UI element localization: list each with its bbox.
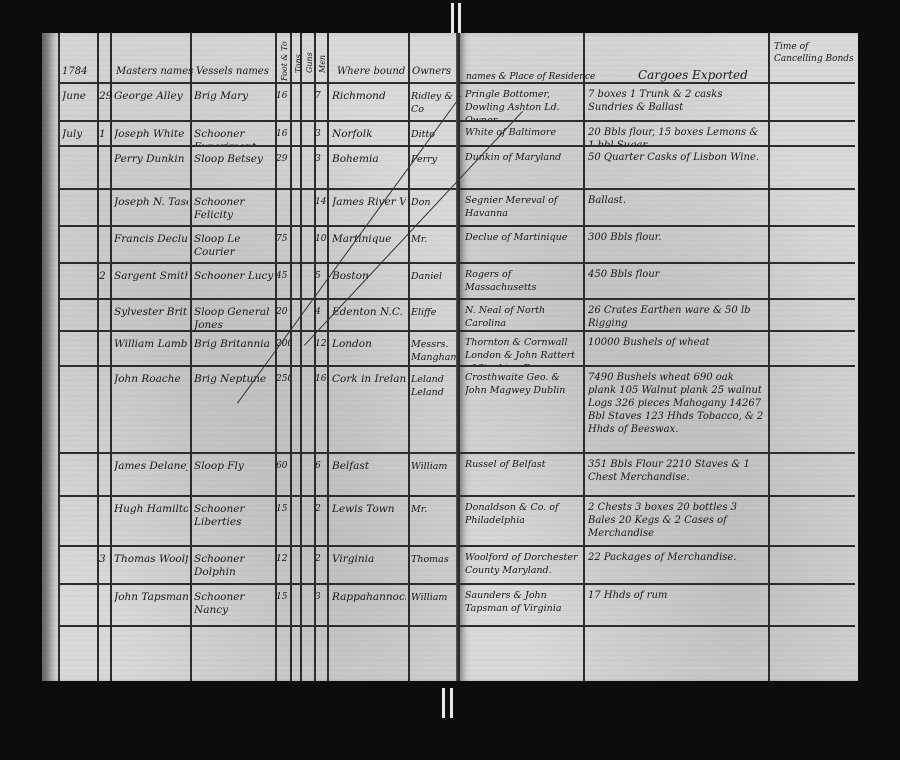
row-divider <box>460 330 855 332</box>
row-divider <box>58 225 460 227</box>
cell-master-name: Sargent Smith <box>114 270 188 283</box>
cell-owners: Eliffe <box>411 306 457 330</box>
cell-cargo: 17 Hhds of rum <box>588 589 764 625</box>
cell-owners: Mr. <box>411 503 457 545</box>
cell-vessel-name: Sloop General Jones <box>194 306 274 330</box>
cell-master-name: Thomas Woolford <box>114 553 188 566</box>
cell-day: 2 <box>99 270 106 283</box>
cell-men: 3 <box>315 153 327 166</box>
cell-master-name: James Delaney <box>114 460 188 473</box>
header-foot-tons: Foot & Tons <box>278 41 291 81</box>
cell-tons: 16 <box>276 90 290 103</box>
cell-residence: Russel of Belfast <box>465 458 581 495</box>
cell-cargo: 7490 Bushels wheat 690 oak plank 105 Wal… <box>588 371 764 452</box>
row-divider <box>58 495 460 497</box>
cell-day: 3 <box>99 553 106 566</box>
cell-day: 29 <box>99 90 112 103</box>
cell-owners: Thomas <box>411 553 457 583</box>
cell-owners: Don <box>411 196 457 225</box>
cell-cargo: 26 Crates Earthen ware & 50 lb Rigging <box>588 304 764 330</box>
cell-day: 1 <box>99 128 106 141</box>
cell-vessel-name: Brig Mary <box>194 90 274 120</box>
cell-where-bound: Richmond <box>332 90 406 103</box>
cell-owners: William <box>411 460 457 495</box>
row-divider <box>58 545 460 547</box>
film-marker-bottom <box>442 688 445 718</box>
cell-where-bound: London <box>332 338 406 351</box>
film-marker-bottom <box>450 688 453 718</box>
cell-men: 2 <box>315 553 327 566</box>
cell-men: 6 <box>315 460 327 473</box>
row-divider <box>460 262 855 264</box>
cell-month: June <box>62 90 86 103</box>
cell-tons: 12 <box>276 553 290 566</box>
cell-vessel-name: Schooner Dolphin <box>194 553 274 583</box>
cell-tons: 15 <box>276 503 290 516</box>
cell-owners: Daniel <box>411 270 457 298</box>
header-bonds: Time of Cancelling Bonds <box>774 41 854 65</box>
cell-vessel-name: Schooner Lucy <box>194 270 274 298</box>
cell-cargo: 10000 Bushels of wheat <box>588 336 764 365</box>
film-marker-top <box>458 3 461 33</box>
cell-residence: Donaldson & Co. of Philadelphia <box>465 501 581 545</box>
cell-men: 3 <box>315 128 327 141</box>
cell-owners: Messrs. Mangham <box>411 338 457 365</box>
row-divider <box>58 330 460 332</box>
cell-residence: White of Baltimore <box>465 126 581 145</box>
cell-owners: Perry <box>411 153 457 188</box>
cell-vessel-name: Brig Britannia <box>194 338 274 365</box>
cell-residence: Dunkin of Maryland <box>465 151 581 188</box>
cell-tons: 15 <box>276 591 290 604</box>
cell-cargo: 50 Quarter Casks of Lisbon Wine. <box>588 151 764 188</box>
cell-vessel-name: Sloop Fly <box>194 460 274 495</box>
cell-vessel-name: Brig Neptune <box>194 373 274 452</box>
cell-men: 10 <box>315 233 327 246</box>
row-divider <box>460 452 855 454</box>
row-divider <box>58 262 460 264</box>
cell-month: July <box>62 128 82 141</box>
cell-where-bound: Belfast <box>332 460 406 473</box>
cell-master-name: William Lambert <box>114 338 188 351</box>
right-page: names & Place of Residence Cargoes Expor… <box>460 33 858 681</box>
row-divider <box>460 583 855 585</box>
cell-cargo: 351 Bbls Flour 2210 Staves & 1 Chest Mer… <box>588 458 764 495</box>
cell-cargo: Ballast. <box>588 194 764 225</box>
header-where-bound: Where bound <box>337 65 405 78</box>
row-divider <box>460 188 855 190</box>
row-divider <box>58 298 460 300</box>
cell-men: 7 <box>315 90 327 103</box>
row-divider <box>58 188 460 190</box>
header-year: 1784 <box>62 65 87 78</box>
row-divider <box>460 82 855 84</box>
cell-master-name: Francis Declue <box>114 233 188 246</box>
cell-vessel-name: Schooner Experiment <box>194 128 274 145</box>
cell-men: 4 <box>315 306 327 319</box>
cell-where-bound: Norfolk <box>332 128 406 141</box>
header-masters-names: Masters names <box>116 65 193 78</box>
cell-men: 14 <box>315 196 327 209</box>
cell-residence: Pringle Bottomer, Dowling Ashton Ld. Own… <box>465 88 581 120</box>
cell-tons: 45 <box>276 270 290 283</box>
ledger-book: 1784 Masters names Vessels names Foot & … <box>42 33 858 681</box>
cell-cargo: 22 Packages of Merchandise. <box>588 551 764 583</box>
cell-tons: 20 <box>276 306 290 319</box>
cell-where-bound: Virginia <box>332 553 406 566</box>
cell-tons: 75 <box>276 233 290 246</box>
cell-owners: Leland Leland <box>411 373 457 452</box>
cell-master-name: Joseph White <box>114 128 188 141</box>
cell-master-name: Perry Dunkin <box>114 153 188 166</box>
header-owners: Owners <box>412 65 451 78</box>
cell-residence: N. Neal of North Carolina <box>465 304 581 330</box>
left-page: 1784 Masters names Vessels names Foot & … <box>42 33 460 681</box>
cell-residence: Woolford of Dorchester County Maryland. <box>465 551 581 583</box>
cell-cargo: 20 Bbls flour, 15 boxes Lemons & 1 bbl S… <box>588 126 764 145</box>
cell-vessel-name: Schooner Liberties <box>194 503 274 545</box>
cell-master-name: John Tapsman <box>114 591 188 604</box>
header-vessels-names: Vessels names <box>196 65 269 78</box>
cell-where-bound: Edenton N.C. <box>332 306 406 319</box>
cell-residence: Segnier Mereval of Havanna <box>465 194 581 225</box>
cell-owners: William <box>411 591 457 625</box>
cell-men: 16 <box>315 373 327 386</box>
cell-residence: Thornton & Cornwall London & John Ratter… <box>465 336 581 365</box>
row-divider <box>58 583 460 585</box>
row-divider <box>460 298 855 300</box>
cell-where-bound: Martinique <box>332 233 406 246</box>
row-divider <box>460 495 855 497</box>
cell-where-bound: James River Va <box>332 196 406 209</box>
cell-master-name: Joseph N. Tasey <box>114 196 188 209</box>
header-men: Men <box>316 43 329 73</box>
cell-where-bound: Cork in Ireland <box>332 373 406 386</box>
row-divider <box>460 145 855 147</box>
row-divider <box>460 120 855 122</box>
row-divider <box>58 365 460 367</box>
header-cargoes: Cargoes Exported <box>638 69 748 82</box>
cell-master-name: John Roache <box>114 373 188 386</box>
cell-men: 3 <box>315 591 327 604</box>
row-divider <box>58 82 460 84</box>
film-marker-top <box>451 3 454 33</box>
cell-residence: Declue of Martinique <box>465 231 581 262</box>
row-divider <box>58 120 460 122</box>
row-divider <box>460 365 855 367</box>
cell-cargo: 450 Bbls flour <box>588 268 764 298</box>
cell-vessel-name: Schooner Nancy <box>194 591 274 625</box>
cell-vessel-name: Schooner Felicity <box>194 196 274 225</box>
cell-residence: Crosthwaite Geo. & John Magwey Dublin <box>465 371 581 452</box>
cell-cargo: 7 boxes 1 Trunk & 2 casks Sundries & Bal… <box>588 88 764 120</box>
row-divider <box>58 145 460 147</box>
cell-tons: 16 <box>276 128 290 141</box>
cell-vessel-name: Sloop Betsey <box>194 153 274 188</box>
cell-men: 2 <box>315 503 327 516</box>
cell-where-bound: Rappahannock <box>332 591 406 604</box>
cell-tons: 250 <box>276 373 290 386</box>
row-divider <box>58 452 460 454</box>
cell-residence: Saunders & John Tapsman of Virginia <box>465 589 581 625</box>
cell-master-name: George Alley <box>114 90 188 103</box>
cell-vessel-name: Sloop Le Courier <box>194 233 274 262</box>
cell-master-name: Hugh Hamilton <box>114 503 188 516</box>
header-guns: Guns <box>303 43 316 73</box>
cell-tons: 60 <box>276 460 290 473</box>
cell-men: 12 <box>315 338 327 351</box>
cell-owners: Mr. <box>411 233 457 262</box>
row-divider <box>58 625 460 627</box>
cell-where-bound: Bohemia <box>332 153 406 166</box>
cell-cargo: 300 Bbls flour. <box>588 231 764 262</box>
row-divider <box>460 625 855 627</box>
cell-owners: Ridley & Co <box>411 90 457 120</box>
row-divider <box>460 545 855 547</box>
cell-tons: 29 <box>276 153 290 166</box>
cell-master-name: Sylvester Brittle <box>114 306 188 319</box>
cell-where-bound: Lewis Town <box>332 503 406 516</box>
cell-residence: Rogers of Massachusetts <box>465 268 581 298</box>
row-divider <box>460 225 855 227</box>
cell-cargo: 2 Chests 3 boxes 20 bottles 3 Bales 20 K… <box>588 501 764 545</box>
